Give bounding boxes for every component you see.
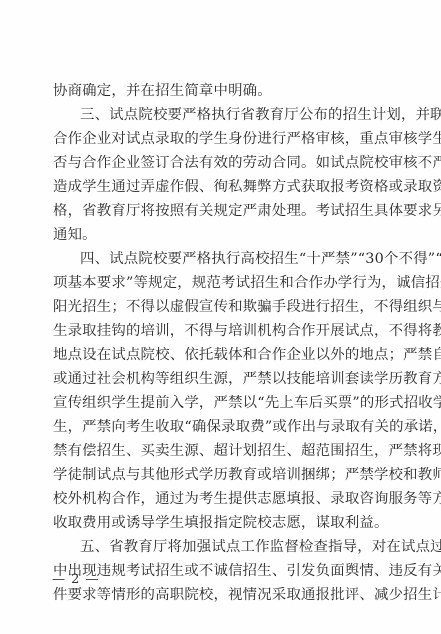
text-line: 造成学生通过弄虚作假、徇私舞弊方式获取报考资格或录取资 bbox=[53, 177, 383, 197]
text-line: 生录取挂钩的培训，不得与培训机构合作开展试点，不得将教学 bbox=[53, 321, 383, 341]
text-line: 阳光招生；不得以虚假宣传和欺骗手段进行招生，不得组织与招 bbox=[53, 297, 383, 317]
text-line: 合作企业对试点录取的学生身份进行严格审核，重点审核学生是 bbox=[53, 129, 383, 149]
text-line: 中出现违规考试招生或不诚信招生、引发负面舆情、违反有关文 bbox=[53, 561, 383, 581]
text-line: 宣传组织学生提前入学，严禁以“先上车后买票”的形式招收学 bbox=[53, 393, 383, 413]
text-line: 项基本要求”等规定，规范考试招生和合作办学行为，诚信招生， bbox=[53, 273, 383, 293]
text-line: 学徒制试点与其他形式学历教育或培训捆绑；严禁学校和教师与 bbox=[53, 465, 383, 485]
text-line: 生，严禁向考生收取“确保录取费”或作出与录取有关的承诺，严 bbox=[53, 417, 383, 437]
text-line: 协商确定，并在招生简章中明确。 bbox=[53, 81, 383, 101]
text-line: 否与合作企业签订合法有效的劳动合同。如试点院校审核不严， bbox=[53, 153, 383, 173]
text-line: 禁有偿招生、买卖生源、超计划招生、超范围招生，严禁将现代 bbox=[53, 441, 383, 461]
text-line: 收取费用或诱导学生填报指定院校志愿，谋取利益。 bbox=[53, 513, 383, 533]
text-line: 校外机构合作，通过为考生提供志愿填报、录取咨询服务等方式 bbox=[53, 489, 383, 509]
text-line: 地点设在试点院校、依托载体和合作企业以外的地点；严禁自行 bbox=[53, 345, 383, 365]
text-line: 件要求等情形的高职院校，视情况采取通报批评、减少招生计划 bbox=[53, 585, 383, 605]
text-line: 通知。 bbox=[53, 225, 383, 245]
text-line: 或通过社会机构等组织生源，严禁以技能培训套读学历教育方式 bbox=[53, 369, 383, 389]
document-page: 协商确定，并在招生简章中明确。三、试点院校要严格执行省教育厅公布的招生计划，并联… bbox=[0, 0, 441, 634]
page-number: — 2 — bbox=[52, 572, 100, 587]
text-line: 三、试点院校要严格执行省教育厅公布的招生计划，并联合 bbox=[80, 105, 383, 125]
text-line: 四、试点院校要严格执行高校招生“十严禁”“30个不得”“八 bbox=[80, 249, 383, 269]
text-line: 格，省教育厅将按照有关规定严肃处理。考试招生具体要求另行 bbox=[53, 201, 383, 221]
text-line: 五、省教育厅将加强试点工作监督检查指导，对在试点过程 bbox=[80, 537, 383, 557]
